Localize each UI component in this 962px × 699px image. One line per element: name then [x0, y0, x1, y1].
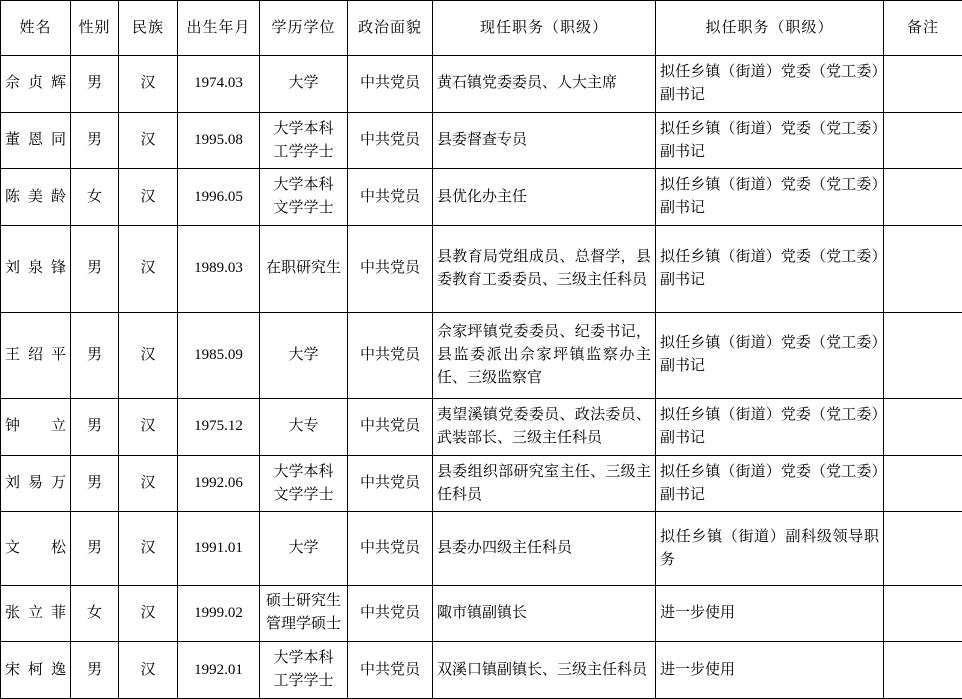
cell-proposed-position: 拟任乡镇（街道）副科级领导职务	[656, 512, 884, 585]
cell-current-position: 陬市镇副镇长	[433, 585, 656, 642]
cell-birth-date: 1975.12	[178, 399, 260, 456]
cell-ethnicity: 汉	[119, 642, 178, 699]
col-header-gender: 性别	[71, 1, 119, 56]
col-header-current-position: 现任职务（职级）	[433, 1, 656, 56]
cell-current-position: 双溪口镇副镇长、三级主任科员	[433, 642, 656, 699]
cell-birth-date: 1992.01	[178, 642, 260, 699]
table-row: 陈美龄女汉1996.05大学本科 文学学士中共党员县优化办主任拟任乡镇（街道）党…	[1, 169, 962, 226]
cell-political-status: 中共党员	[348, 399, 433, 456]
cell-education: 在职研究生	[260, 226, 348, 313]
cell-political-status: 中共党员	[348, 585, 433, 642]
cell-proposed-position: 拟任乡镇（街道）党委（党工委）副书记	[656, 226, 884, 313]
cell-birth-date: 1999.02	[178, 585, 260, 642]
cell-proposed-position: 拟任乡镇（街道）党委（党工委）副书记	[656, 312, 884, 399]
cell-political-status: 中共党员	[348, 169, 433, 226]
cell-proposed-position: 拟任乡镇（街道）党委（党工委）副书记	[656, 169, 884, 226]
cell-current-position: 县委组织部研究室主任、三级主任科员	[433, 455, 656, 512]
cell-political-status: 中共党员	[348, 512, 433, 585]
col-header-birth-date: 出生年月	[178, 1, 260, 56]
cell-gender: 男	[71, 455, 119, 512]
cell-gender: 女	[71, 585, 119, 642]
cell-ethnicity: 汉	[119, 56, 178, 113]
header-row: 姓名 性别 民族 出生年月 学历学位 政治面貌 现任职务（职级） 拟任职务（职级…	[1, 1, 962, 56]
cell-name: 陈美龄	[1, 169, 71, 226]
cell-remark	[884, 585, 962, 642]
cell-remark	[884, 56, 962, 113]
cell-gender: 男	[71, 642, 119, 699]
cell-birth-date: 1995.08	[178, 112, 260, 169]
cell-current-position: 县优化办主任	[433, 169, 656, 226]
cell-ethnicity: 汉	[119, 455, 178, 512]
cell-birth-date: 1991.01	[178, 512, 260, 585]
cell-current-position: 县教育局党组成员、总督学，县委教育工委委员、三级主任科员	[433, 226, 656, 313]
cell-gender: 男	[71, 226, 119, 313]
cell-proposed-position: 进一步使用	[656, 585, 884, 642]
cell-remark	[884, 226, 962, 313]
cell-gender: 男	[71, 512, 119, 585]
cell-gender: 女	[71, 169, 119, 226]
cell-proposed-position: 进一步使用	[656, 642, 884, 699]
cell-name: 张立菲	[1, 585, 71, 642]
cell-remark	[884, 169, 962, 226]
cell-current-position: 佘家坪镇党委委员、纪委书记，县监委派出佘家坪镇监察办主任、三级监察官	[433, 312, 656, 399]
cell-education: 大学本科 文学学士	[260, 455, 348, 512]
col-header-proposed-position: 拟任职务（职级）	[656, 1, 884, 56]
cell-name: 宋柯逸	[1, 642, 71, 699]
cell-name: 刘易万	[1, 455, 71, 512]
col-header-ethnicity: 民族	[119, 1, 178, 56]
cell-proposed-position: 拟任乡镇（街道）党委（党工委）副书记	[656, 455, 884, 512]
cell-remark	[884, 112, 962, 169]
cell-birth-date: 1974.03	[178, 56, 260, 113]
cell-political-status: 中共党员	[348, 56, 433, 113]
cell-political-status: 中共党员	[348, 112, 433, 169]
table-row: 张立菲女汉1999.02硕士研究生 管理学硕士中共党员陬市镇副镇长进一步使用	[1, 585, 962, 642]
cell-remark	[884, 312, 962, 399]
cell-political-status: 中共党员	[348, 312, 433, 399]
table-body: 佘贞辉男汉1974.03大学中共党员黄石镇党委委员、人大主席拟任乡镇（街道）党委…	[1, 56, 962, 699]
table-row: 佘贞辉男汉1974.03大学中共党员黄石镇党委委员、人大主席拟任乡镇（街道）党委…	[1, 56, 962, 113]
cell-gender: 男	[71, 56, 119, 113]
cell-education: 大学本科 工学学士	[260, 642, 348, 699]
cell-ethnicity: 汉	[119, 512, 178, 585]
cell-name: 王绍平	[1, 312, 71, 399]
cell-gender: 男	[71, 112, 119, 169]
cell-remark	[884, 455, 962, 512]
cell-birth-date: 1985.09	[178, 312, 260, 399]
cell-current-position: 黄石镇党委委员、人大主席	[433, 56, 656, 113]
cell-remark	[884, 512, 962, 585]
cell-name: 钟立	[1, 399, 71, 456]
cell-name: 董恩同	[1, 112, 71, 169]
cell-political-status: 中共党员	[348, 455, 433, 512]
col-header-name: 姓名	[1, 1, 71, 56]
cell-proposed-position: 拟任乡镇（街道）党委（党工委）副书记	[656, 112, 884, 169]
cell-name: 佘贞辉	[1, 56, 71, 113]
cell-ethnicity: 汉	[119, 312, 178, 399]
cadre-appointment-table: 姓名 性别 民族 出生年月 学历学位 政治面貌 现任职务（职级） 拟任职务（职级…	[0, 0, 962, 699]
cell-birth-date: 1989.03	[178, 226, 260, 313]
cell-current-position: 县委办四级主任科员	[433, 512, 656, 585]
cell-current-position: 县委督查专员	[433, 112, 656, 169]
table-row: 钟立男汉1975.12大专中共党员夷望溪镇党委委员、政法委员、武装部长、三级主任…	[1, 399, 962, 456]
table-row: 宋柯逸男汉1992.01大学本科 工学学士中共党员双溪口镇副镇长、三级主任科员进…	[1, 642, 962, 699]
cell-remark	[884, 642, 962, 699]
cell-remark	[884, 399, 962, 456]
cell-birth-date: 1996.05	[178, 169, 260, 226]
cell-gender: 男	[71, 312, 119, 399]
cell-education: 大学	[260, 312, 348, 399]
table-row: 王绍平男汉1985.09大学中共党员佘家坪镇党委委员、纪委书记，县监委派出佘家坪…	[1, 312, 962, 399]
col-header-education: 学历学位	[260, 1, 348, 56]
cell-education: 大学	[260, 56, 348, 113]
col-header-remarks: 备注	[884, 1, 962, 56]
cell-ethnicity: 汉	[119, 226, 178, 313]
cell-gender: 男	[71, 399, 119, 456]
table-row: 董恩同男汉1995.08大学本科 工学学士中共党员县委督查专员拟任乡镇（街道）党…	[1, 112, 962, 169]
cell-name: 文松	[1, 512, 71, 585]
cell-political-status: 中共党员	[348, 642, 433, 699]
cell-education: 大专	[260, 399, 348, 456]
table-row: 刘易万男汉1992.06大学本科 文学学士中共党员县委组织部研究室主任、三级主任…	[1, 455, 962, 512]
document-page: 姓名 性别 民族 出生年月 学历学位 政治面貌 现任职务（职级） 拟任职务（职级…	[0, 0, 962, 699]
cell-proposed-position: 拟任乡镇（街道）党委（党工委）副书记	[656, 399, 884, 456]
cell-birth-date: 1992.06	[178, 455, 260, 512]
cell-ethnicity: 汉	[119, 112, 178, 169]
cell-political-status: 中共党员	[348, 226, 433, 313]
cell-education: 大学	[260, 512, 348, 585]
col-header-political-status: 政治面貌	[348, 1, 433, 56]
table-row: 文松男汉1991.01大学中共党员县委办四级主任科员拟任乡镇（街道）副科级领导职…	[1, 512, 962, 585]
cell-name: 刘泉锋	[1, 226, 71, 313]
cell-education: 大学本科 文学学士	[260, 169, 348, 226]
cell-ethnicity: 汉	[119, 169, 178, 226]
cell-education: 大学本科 工学学士	[260, 112, 348, 169]
cell-ethnicity: 汉	[119, 399, 178, 456]
cell-education: 硕士研究生 管理学硕士	[260, 585, 348, 642]
cell-proposed-position: 拟任乡镇（街道）党委（党工委）副书记	[656, 56, 884, 113]
cell-current-position: 夷望溪镇党委委员、政法委员、武装部长、三级主任科员	[433, 399, 656, 456]
table-row: 刘泉锋男汉1989.03在职研究生中共党员县教育局党组成员、总督学，县委教育工委…	[1, 226, 962, 313]
cell-ethnicity: 汉	[119, 585, 178, 642]
